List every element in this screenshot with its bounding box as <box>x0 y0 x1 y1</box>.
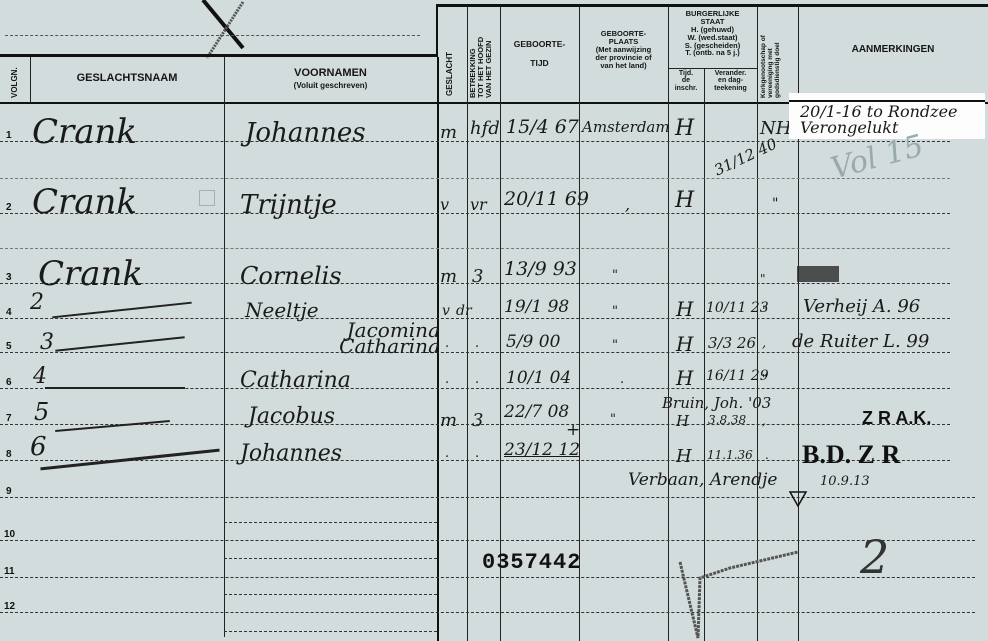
civil-status-cell: H <box>676 366 693 390</box>
church-cell: " <box>762 304 768 319</box>
plus-mark: + <box>566 420 580 440</box>
burgerlijke-staat-divider <box>668 68 757 69</box>
relation-cell: vr <box>470 195 487 214</box>
church-cell: NH <box>760 118 791 139</box>
header-kerkgenootschap: Kerkgenootschap of vereeniging met godsd… <box>761 35 781 98</box>
sex-cell: m <box>440 122 457 143</box>
remarks-cell: 20/1-16 to Rondzee Verongelukt <box>800 104 980 136</box>
church-cell: " <box>760 272 766 286</box>
sex-cell: m <box>440 410 457 431</box>
relation-cell: . <box>475 446 479 461</box>
triangle-mark-icon <box>788 490 808 510</box>
sex-cell: m <box>440 266 457 287</box>
faint-box-mark <box>199 190 215 206</box>
church-cell: , <box>762 336 766 351</box>
church-cell: . <box>765 448 769 462</box>
row-mark: 2 <box>30 290 44 315</box>
birthdate-cell: 19/1 98 <box>504 297 569 317</box>
row-number: 3 <box>6 272 12 283</box>
civil-status-cell: H <box>676 412 689 430</box>
church-cell: " <box>772 196 778 212</box>
stamp-blot <box>797 266 839 282</box>
relation-cell: dr <box>456 303 472 319</box>
col-line-geboorteplaats <box>668 7 669 641</box>
row-number: 10 <box>4 529 15 540</box>
header-burgerlijke-staat: BURGERLIJKE STAAT H. (gehuwd) W. (wed.st… <box>668 10 757 57</box>
surname-cell: Crank <box>32 182 137 222</box>
civil-status-cell: H <box>675 188 694 213</box>
firstname-cell: Cornelis <box>240 262 342 290</box>
change-date-cell: 11.1.36 <box>707 448 753 462</box>
header-geboorteplaats: GEBOORTE- PLAATS (Met aanwijzing der pro… <box>579 30 668 69</box>
sex-cell: v <box>442 303 450 319</box>
col-line-betrekking <box>500 7 501 641</box>
firstname-cell: Johannes <box>245 118 366 148</box>
firstname-cell: Catharina <box>240 368 351 393</box>
relation-cell: . <box>475 336 479 351</box>
civil-status-cell: H <box>675 116 694 141</box>
relation-cell: hfd <box>470 118 500 139</box>
birthdate-cell: 20/11 69 <box>504 188 589 210</box>
row-mark: 3 <box>40 330 54 355</box>
pencil-check-icon <box>670 540 840 640</box>
birthdate-cell: 22/7 08 <box>504 402 569 422</box>
row-number: 7 <box>6 413 12 424</box>
header-geslacht: GESLACHT <box>446 52 454 96</box>
surname-cell: Crank <box>32 112 137 152</box>
change-date-cell: 16/11 29 <box>706 368 769 384</box>
birthplace-cell: " <box>612 268 618 283</box>
header-top-rule <box>0 54 437 57</box>
remarks-cell: Verheij A. 96 <box>803 296 920 317</box>
firstname-cell: Jacobus <box>248 404 335 429</box>
sex-cell: v <box>440 195 449 214</box>
relation-cell: . <box>475 372 479 387</box>
birthplace-cell: . <box>620 372 624 387</box>
row-mark: 6 <box>30 432 47 462</box>
firstname-cell: Trijntje <box>240 190 337 220</box>
birthdate-cell: 15/4 67 <box>506 116 579 138</box>
header-box-edge <box>436 4 438 57</box>
change-date-cell: 3.8.38 <box>708 413 746 427</box>
col-line-geslacht <box>467 7 468 641</box>
firstname-cell: Neeltje <box>245 298 319 322</box>
birthdate-cell: 5/9 00 <box>506 332 560 352</box>
header-betrekking: BETREKKING TOT HET HOOFD VAN HET GEZIN <box>469 37 493 98</box>
row-mark: 5 <box>34 398 49 426</box>
sex-cell: . <box>445 372 449 387</box>
sex-cell: . <box>445 446 449 461</box>
header-voornamen: VOORNAMEN <box>224 68 437 80</box>
change-date-cell: 3/3 26 <box>708 334 756 352</box>
remarks-cell: Z R A.K. <box>862 408 931 429</box>
ditto-stroke <box>55 336 184 352</box>
row-number: 1 <box>6 130 12 141</box>
date-note: 10.9.13 <box>820 474 870 489</box>
firstname-cell: Jacomina Catharina <box>240 322 440 354</box>
row-number: 9 <box>6 486 12 497</box>
header-verander: Verander. en dag- teekening <box>704 70 757 92</box>
row-number: 6 <box>6 377 12 388</box>
header-geboortetijd: GEBOORTE- TIJD <box>500 40 579 68</box>
top-dashed-rule <box>5 35 420 36</box>
remarks-cell: B.D. Z R <box>802 440 900 470</box>
register-number-stamp: 0357442 <box>482 550 581 575</box>
header-volgn: VOLGN. <box>11 67 19 98</box>
relation-cell: 3 <box>472 266 483 287</box>
row-number: 12 <box>4 601 15 612</box>
firstname-cell: Johannes <box>240 441 342 466</box>
row-mark: 4 <box>33 364 47 389</box>
header-tijd-inschr: Tijd. de inschr. <box>668 70 704 92</box>
relation-cell: 3 <box>472 410 483 431</box>
row-number: 11 <box>4 566 15 577</box>
row-number: 5 <box>6 341 12 352</box>
row-number: 8 <box>6 449 12 460</box>
birthplace-cell: " <box>612 304 618 319</box>
birthplace-cell: " <box>612 338 618 353</box>
birthplace-cell: " <box>610 412 616 427</box>
surname-cell: Crank <box>38 254 143 294</box>
pencil-number: 2 <box>860 530 889 584</box>
sex-cell: . <box>445 336 449 351</box>
birthplace-cell: , <box>625 195 630 214</box>
civil-status-cell: H <box>676 297 693 321</box>
birthdate-cell: 10/1 04 <box>506 368 571 388</box>
ditto-stroke <box>45 387 185 389</box>
birthplace-cell: Amsterdam <box>582 118 670 136</box>
cross-mark-icon <box>175 0 255 60</box>
birthdate-cell: 23/12 12 <box>504 440 580 460</box>
ditto-stroke <box>55 420 170 432</box>
spouse-note: Bruin, Joh. '03 <box>662 394 771 412</box>
col-line-geslachtsnaam <box>224 57 225 637</box>
church-cell: " <box>762 372 768 386</box>
ditto-stroke <box>52 302 191 319</box>
change-date-cell: 10/11 23 <box>706 300 769 316</box>
header-geslachtsnaam: GESLACHTSNAAM <box>30 73 224 85</box>
col-line-geboortetijd <box>579 7 580 641</box>
church-cell: , <box>762 414 766 428</box>
header-aanmerkingen: AANMERKINGEN <box>798 45 988 56</box>
spouse-note: Verbaan, Arendje <box>628 470 777 490</box>
header-voornamen-sub: (Voluit geschreven) <box>224 82 437 90</box>
civil-status-cell: H <box>676 446 692 467</box>
row-number: 2 <box>6 202 12 213</box>
header-box-top-rule <box>437 4 988 7</box>
civil-status-cell: H <box>676 332 693 356</box>
remarks-cell: de Ruiter L. 99 <box>792 331 929 352</box>
row-number: 4 <box>6 307 12 318</box>
birthdate-cell: 13/9 93 <box>504 258 577 280</box>
